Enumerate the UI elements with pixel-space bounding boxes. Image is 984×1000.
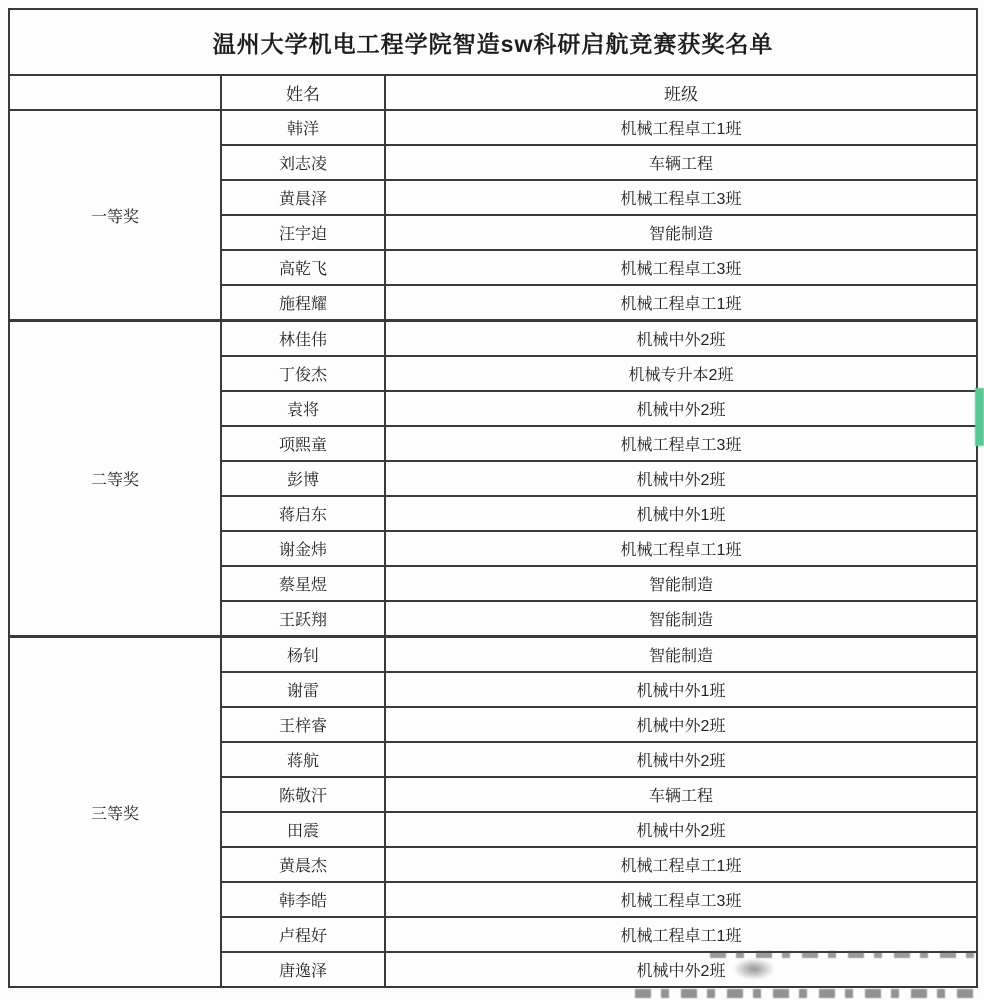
- award-list-page: 温州大学机电工程学院智造sw科研启航竞赛获奖名单 姓名 班级 一等奖 韩洋 机械…: [0, 0, 984, 1000]
- student-class: 机械中外2班: [385, 321, 977, 357]
- student-name: 彭博: [221, 461, 385, 496]
- student-name: 丁俊杰: [221, 356, 385, 391]
- student-class: 智能制造: [385, 566, 977, 601]
- student-class: 机械中外2班: [385, 742, 977, 777]
- page-title: 温州大学机电工程学院智造sw科研启航竞赛获奖名单: [9, 9, 977, 75]
- student-class: 机械专升本2班: [385, 356, 977, 391]
- student-name: 韩李皓: [221, 882, 385, 917]
- student-name: 韩洋: [221, 110, 385, 145]
- student-name: 林佳伟: [221, 321, 385, 357]
- student-name: 蔡星煜: [221, 566, 385, 601]
- award-level-label: 三等奖: [9, 637, 221, 988]
- student-class: 智能制造: [385, 601, 977, 637]
- student-class: 机械工程卓工3班: [385, 250, 977, 285]
- student-class: 机械中外2班: [385, 461, 977, 496]
- student-class: 机械工程卓工3班: [385, 882, 977, 917]
- student-class: 机械工程卓工1班: [385, 847, 977, 882]
- watermark-smudge: [710, 951, 980, 958]
- student-name: 杨钊: [221, 637, 385, 673]
- student-class: 机械工程卓工3班: [385, 180, 977, 215]
- student-class: 机械工程卓工1班: [385, 531, 977, 566]
- student-name: 袁将: [221, 391, 385, 426]
- watermark-smudge: [733, 958, 775, 980]
- student-name: 高乾飞: [221, 250, 385, 285]
- student-name: 陈敬汗: [221, 777, 385, 812]
- student-class: 车辆工程: [385, 777, 977, 812]
- student-name: 田震: [221, 812, 385, 847]
- student-name: 王梓睿: [221, 707, 385, 742]
- header-class-cell: 班级: [385, 75, 977, 110]
- student-class: 机械中外1班: [385, 672, 977, 707]
- student-class: 机械中外1班: [385, 496, 977, 531]
- student-class: 机械工程卓工1班: [385, 110, 977, 145]
- student-class: 智能制造: [385, 637, 977, 673]
- student-name: 汪宇迫: [221, 215, 385, 250]
- student-name: 黄晨泽: [221, 180, 385, 215]
- student-name: 蒋启东: [221, 496, 385, 531]
- student-name: 黄晨杰: [221, 847, 385, 882]
- student-class: 机械中外2班: [385, 391, 977, 426]
- header-award-cell: [9, 75, 221, 110]
- student-name: 卢程好: [221, 917, 385, 952]
- student-name: 项熙童: [221, 426, 385, 461]
- student-class: 机械工程卓工1班: [385, 285, 977, 321]
- award-level-label: 二等奖: [9, 321, 221, 637]
- student-name: 唐逸泽: [221, 952, 385, 987]
- student-class: 车辆工程: [385, 145, 977, 180]
- student-class: 机械工程卓工3班: [385, 426, 977, 461]
- student-name: 王跃翔: [221, 601, 385, 637]
- student-class: 机械中外2班: [385, 707, 977, 742]
- table-header-row: 姓名 班级: [9, 75, 977, 110]
- header-name-cell: 姓名: [221, 75, 385, 110]
- student-name: 谢金炜: [221, 531, 385, 566]
- student-name: 蒋航: [221, 742, 385, 777]
- student-name: 施程耀: [221, 285, 385, 321]
- student-name: 刘志凌: [221, 145, 385, 180]
- green-highlight-marker: [975, 388, 984, 446]
- table-title-row: 温州大学机电工程学院智造sw科研启航竞赛获奖名单: [9, 9, 977, 75]
- watermark-smudge: [635, 989, 980, 998]
- award-table: 温州大学机电工程学院智造sw科研启航竞赛获奖名单 姓名 班级 一等奖 韩洋 机械…: [8, 8, 978, 988]
- table-row: 三等奖 杨钊 智能制造: [9, 637, 977, 673]
- student-class: 机械中外2班: [385, 812, 977, 847]
- student-class: 智能制造: [385, 215, 977, 250]
- student-class: 机械工程卓工1班: [385, 917, 977, 952]
- table-row: 二等奖 林佳伟 机械中外2班: [9, 321, 977, 357]
- award-level-label: 一等奖: [9, 110, 221, 321]
- student-name: 谢雷: [221, 672, 385, 707]
- table-row: 一等奖 韩洋 机械工程卓工1班: [9, 110, 977, 145]
